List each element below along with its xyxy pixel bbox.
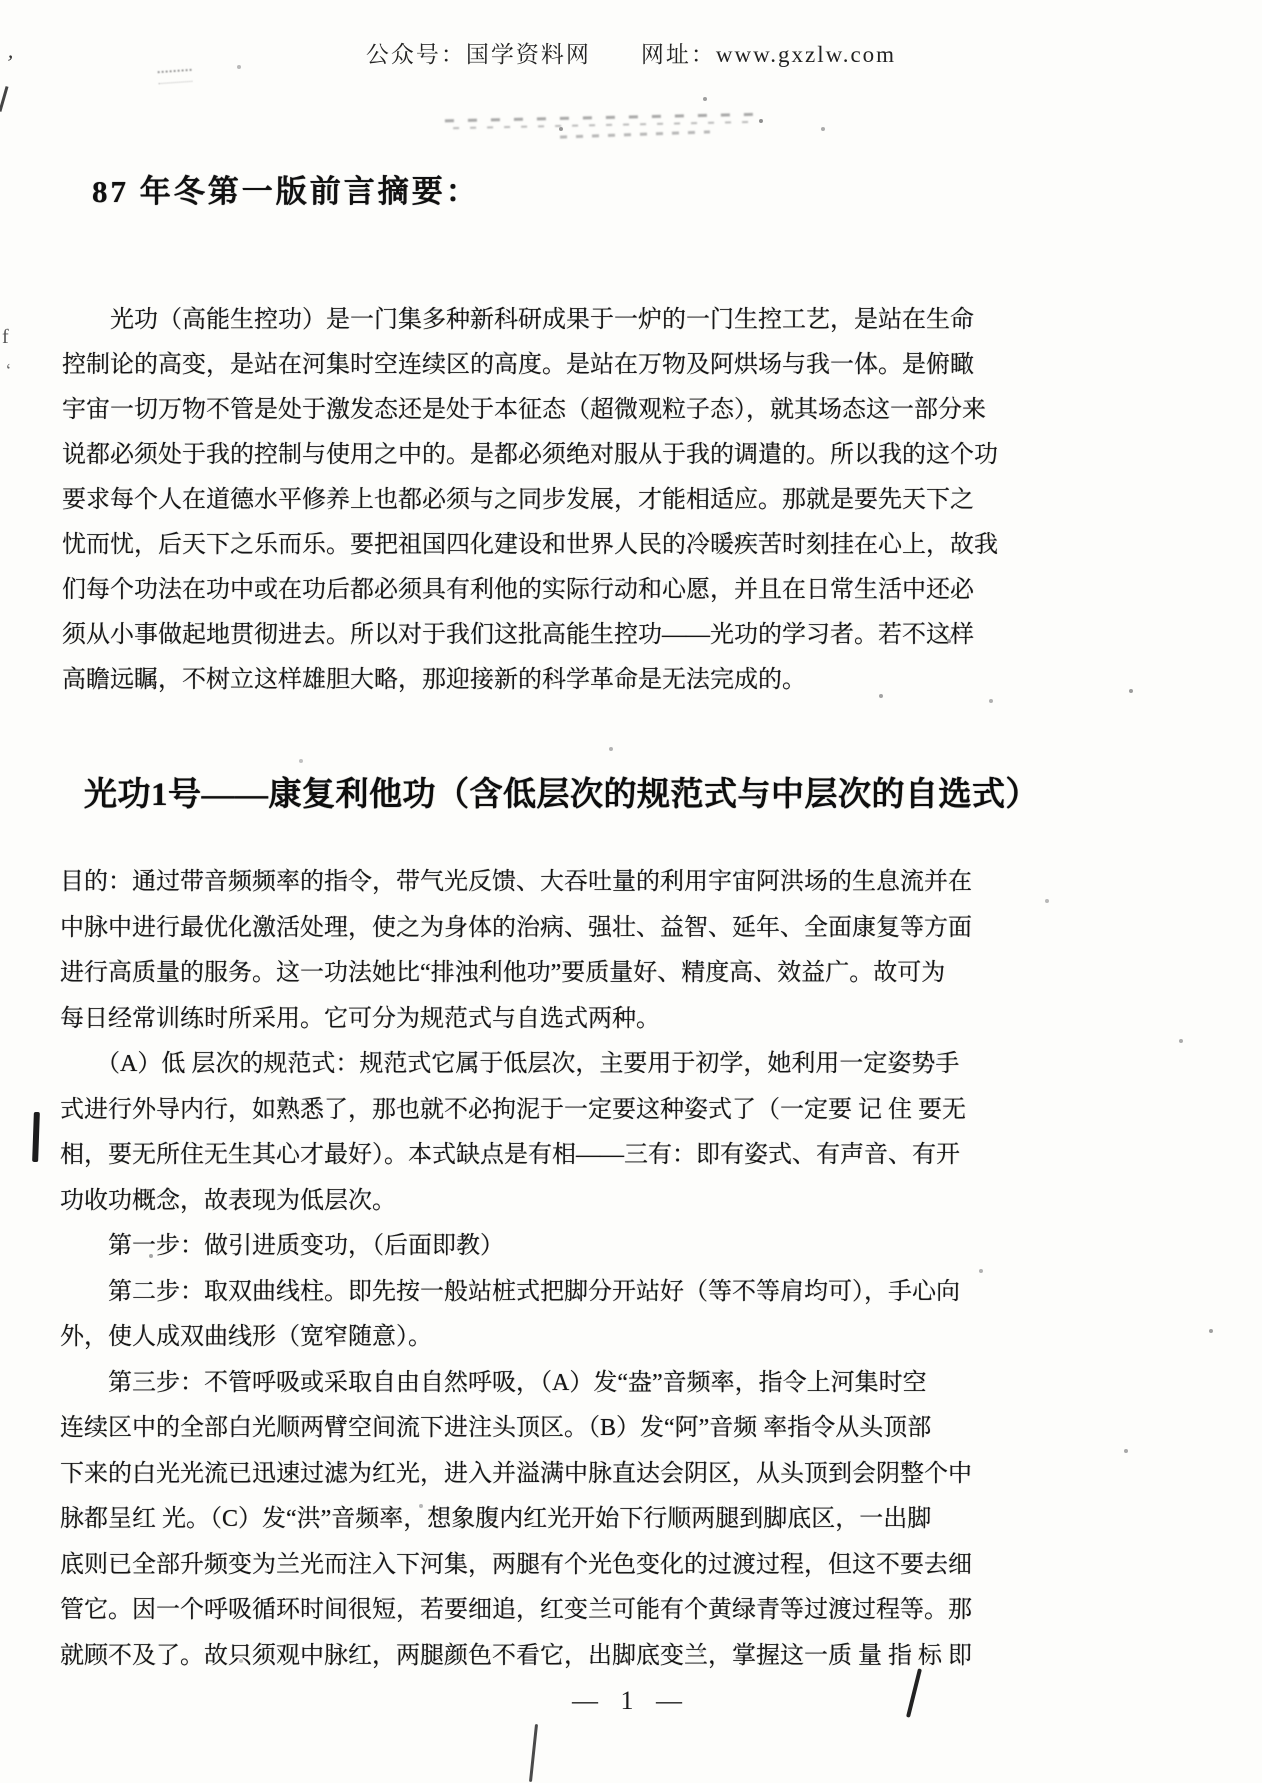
ink-speck: f (2, 326, 9, 349)
paper-noise (0, 0, 2, 2)
text-line: 高瞻远瞩，不树立这样雄胆大略，那迎接新的科学革命是无法完成的。 (62, 658, 1012, 703)
preface-title: 87 年冬第一版前言摘要： (92, 166, 480, 211)
text-line: 忧而忧，后天下之乐而乐。要把祖国四化建设和世界人民的冷暖疾苦时刻挂在心上，故我 (62, 523, 1012, 568)
text-line: 进行高质量的服务。这一功法她比“排浊利他功”要质量好、精度高、效益广。故可为 (60, 951, 1012, 997)
text-line: 第二步：取双曲线柱。即先按一般站桩式把脚分开站好（等不等肩均可），手心向 (60, 1270, 1012, 1316)
ink-stroke (32, 1112, 40, 1162)
ink-speck (0, 86, 9, 112)
body-text: 目的：通过带音频频率的指令，带气光反馈、大吞吐量的利用宇宙阿洪场的生息流并在中脉… (60, 860, 1012, 1679)
ink-smudge (560, 127, 710, 142)
text-line: 底则已全部升频变为兰光而注入下河集，两腿有个光色变化的过渡过程，但这不要去细 (60, 1543, 1012, 1589)
text-line: 每日经常训练时所采用。它可分为规范式与自选式两种。 (60, 997, 1012, 1043)
text-line: 第三步：不管呼吸或采取自由自然呼吸，（A）发“盎”音频率，指令上河集时空 (60, 1361, 1012, 1407)
ink-stroke (529, 1724, 538, 1782)
ink-speck: ‘ (4, 360, 14, 382)
ink-smudge (158, 69, 193, 84)
text-line: 控制论的高变，是站在河集时空连续区的高度。是站在万物及阿烘场与我一体。是俯瞰 (62, 343, 1012, 388)
text-line: 就顾不及了。故只须观中脉红，两腿颜色不看它，出脚底变兰，掌握这一质 量 指 标 … (60, 1634, 1012, 1680)
text-line: 光功（高能生控功）是一门集多种新科研成果于一炉的一门生控工艺，是站在生命 (62, 298, 1012, 343)
page-header-watermark: 公众号：国学资料网 网址：www.gxzlw.com (0, 36, 1262, 69)
text-line: 第一步：做引进质变功，（后面即教） (60, 1224, 1012, 1270)
text-line: （A）低 层次的规范式：规范式它属于低层次，主要用于初学，她利用一定姿势手 (60, 1042, 1012, 1088)
text-line: 管它。因一个呼吸循环时间很短，若要细追，红变兰可能有个黄绿青等过渡过程等。那 (60, 1588, 1012, 1634)
step-1-paragraph: 第一步：做引进质变功，（后面即教） (60, 1224, 1012, 1270)
preface-paragraph: 光功（高能生控功）是一门集多种新科研成果于一炉的一门生控工艺，是站在生命控制论的… (62, 298, 1012, 703)
text-line: 说都必须处于我的控制与使用之中的。是都必须绝对服从于我的调遣的。所以我的这个功 (62, 433, 1012, 478)
step-2-paragraph: 第二步：取双曲线柱。即先按一般站桩式把脚分开站好（等不等肩均可），手心向外，使人… (60, 1270, 1012, 1361)
text-line: 连续区中的全部白光顺两臂空间流下进注头顶区。（B）发“阿”音频 率指令从头顶部 (60, 1406, 1012, 1452)
text-line: 外，使人成双曲线形（宽窄随意）。 (60, 1315, 1012, 1361)
text-line: 宇宙一切万物不管是处于激发态还是处于本征态（超微观粒子态），就其场态这一部分来 (62, 388, 1012, 433)
step-3-paragraph: 第三步：不管呼吸或采取自由自然呼吸，（A）发“盎”音频率，指令上河集时空连续区中… (60, 1361, 1012, 1680)
text-line: 相，要无所住无生其心才最好）。本式缺点是有相——三有：即有姿式、有声音、有开 (60, 1133, 1012, 1179)
text-line: 中脉中进行最优化激活处理，使之为身体的治病、强壮、益智、延年、全面康复等方面 (60, 906, 1012, 952)
ink-smudge (445, 109, 765, 136)
text-line: 要求每个人在道德水平修养上也都必须与之同步发展，才能相适应。那就是要先天下之 (62, 478, 1012, 523)
purpose-paragraph: 目的：通过带音频频率的指令，带气光反馈、大吞吐量的利用宇宙阿洪场的生息流并在中脉… (60, 860, 1012, 1042)
section-heading: 光功1号——康复利他功（含低层次的规范式与中层次的自选式） (84, 768, 1194, 815)
page-number: — 1 — (0, 1686, 1262, 1716)
style-a-paragraph: （A）低 层次的规范式：规范式它属于低层次，主要用于初学，她利用一定姿势手式进行… (60, 1042, 1012, 1224)
scanned-document-page: 公众号：国学资料网 网址：www.gxzlw.com 87 年冬第一版前言摘要：… (0, 0, 1262, 1783)
text-line: 须从小事做起地贯彻进去。所以对于我们这批高能生控功——光功的学习者。若不这样 (62, 613, 1012, 658)
text-line: 目的：通过带音频频率的指令，带气光反馈、大吞吐量的利用宇宙阿洪场的生息流并在 (60, 860, 1012, 906)
text-line: 下来的白光光流已迅速过滤为红光，进入并溢满中脉直达会阴区，从头顶到会阴整个中 (60, 1452, 1012, 1498)
text-line: 脉都呈红 光。（C）发“洪”音频率，想象腹内红光开始下行顺两腿到脚底区，一出脚 (60, 1497, 1012, 1543)
text-line: 式进行外导内行，如熟悉了，那也就不必拘泥于一定要这种姿式了（一定要 记 住 要无 (60, 1088, 1012, 1134)
text-line: 们每个功法在功中或在功后都必须具有利他的实际行动和心愿，并且在日常生活中还必 (62, 568, 1012, 613)
text-line: 功收功概念，故表现为低层次。 (60, 1179, 1012, 1225)
